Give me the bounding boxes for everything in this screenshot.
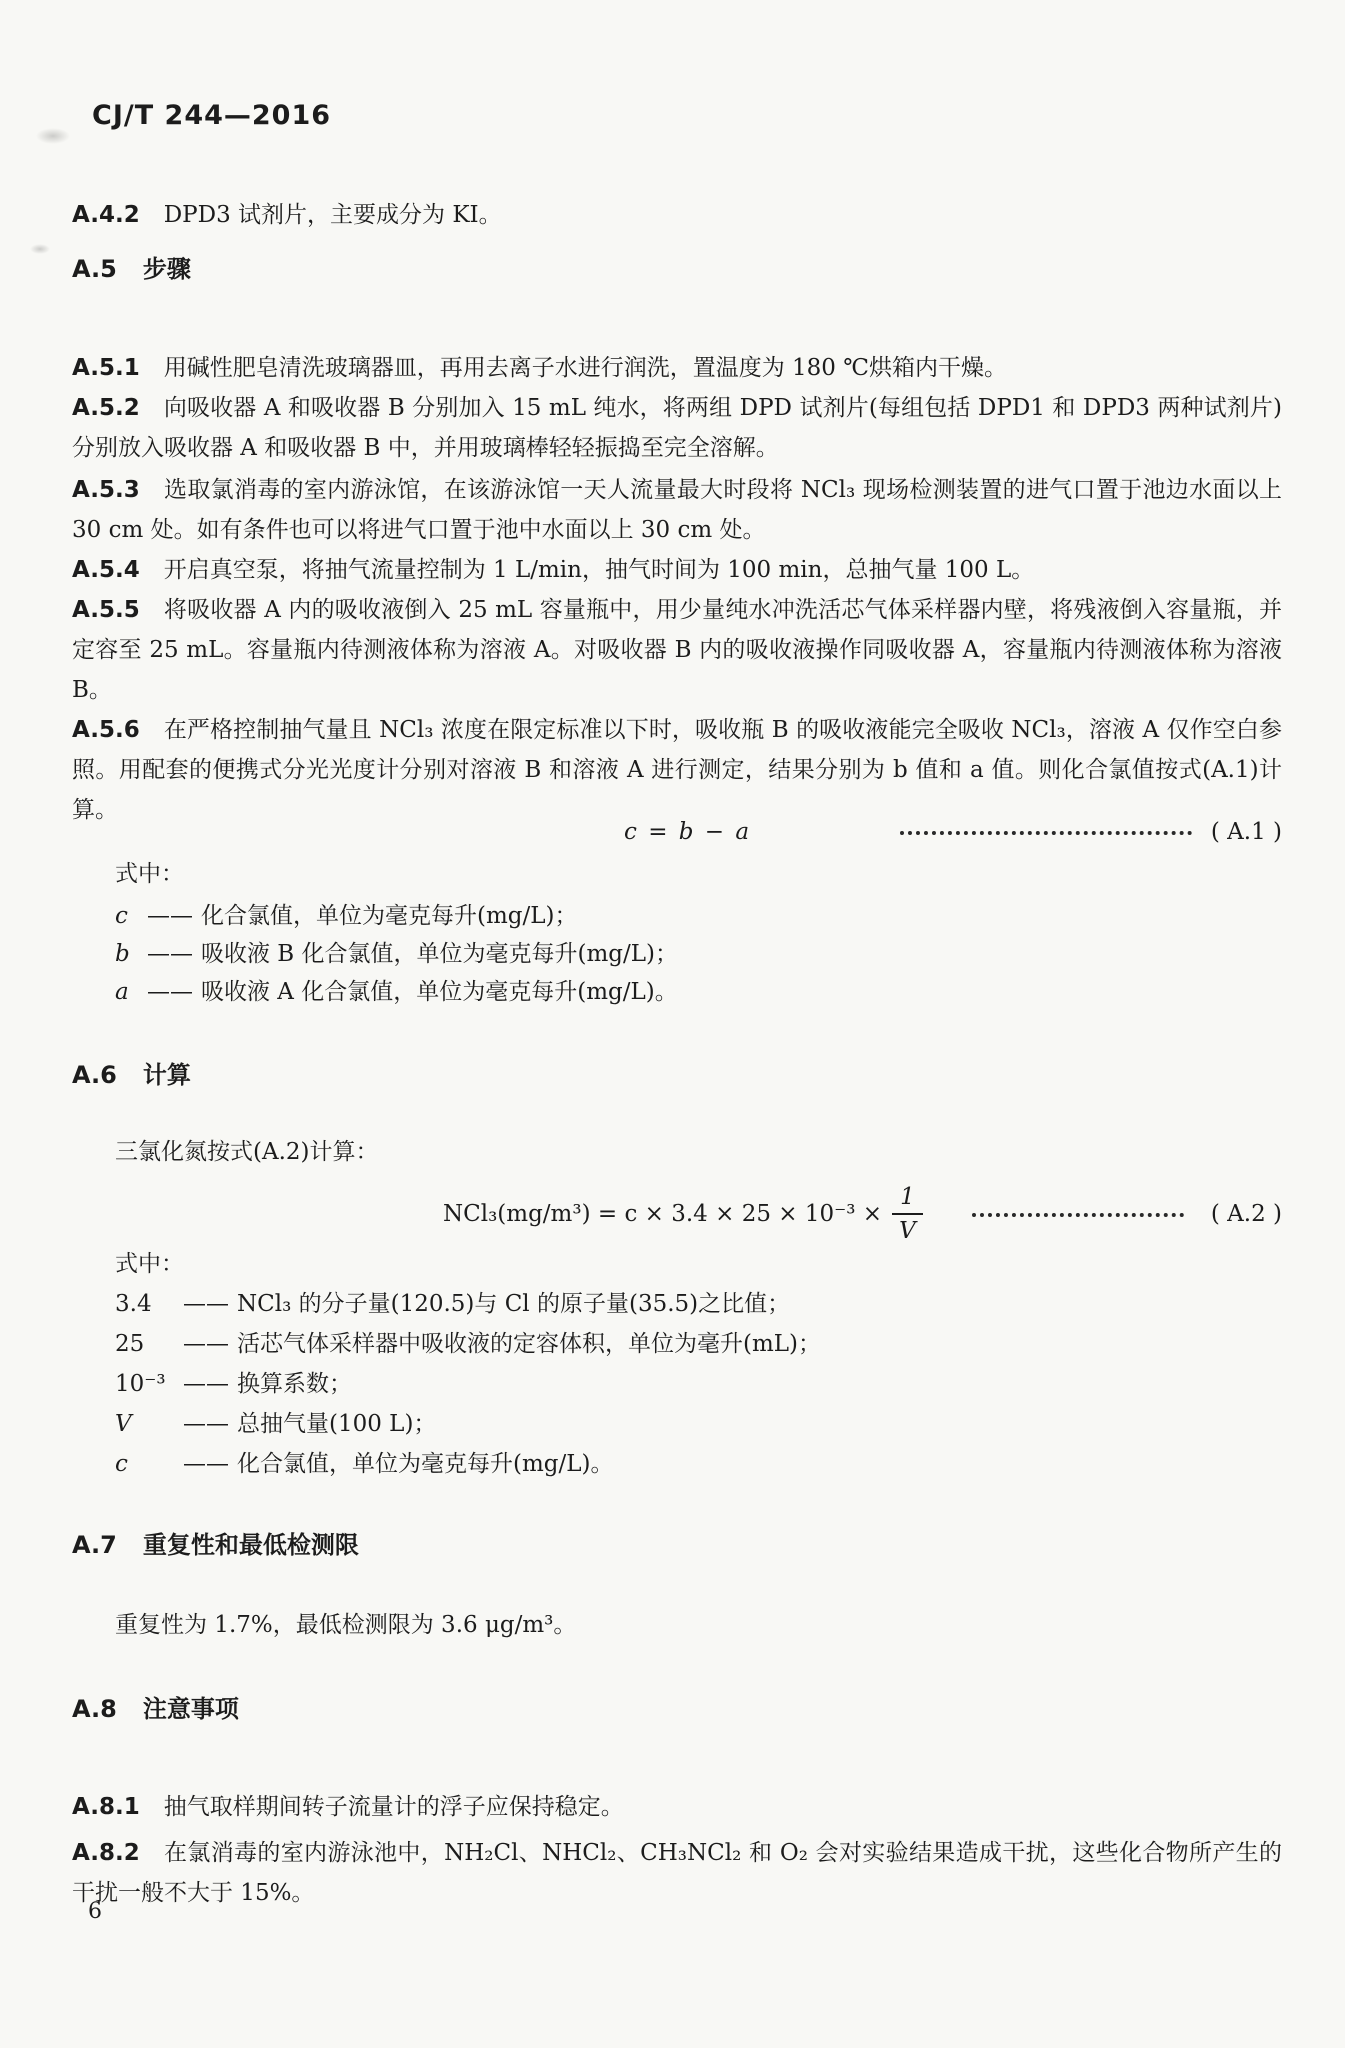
clause-text: 在氯消毒的室内游泳池中，NH₂Cl、NHCl₂、CH₃NCl₂ 和 O₂ 会对实… bbox=[72, 1840, 1282, 1906]
clause-text: 选取氯消毒的室内游泳馆，在该游泳馆一天人流量最大时段将 NCl₃ 现场检测装置的… bbox=[72, 477, 1282, 543]
term-symbol: c bbox=[115, 1444, 183, 1484]
where-list-2: 3.4——NCl₃ 的分子量(120.5)与 Cl 的原子量(35.5)之比值；… bbox=[115, 1284, 1282, 1484]
term-dash: —— bbox=[183, 1404, 229, 1444]
heading-title: 计算 bbox=[143, 1061, 191, 1089]
clause-text: 向吸收器 A 和吸收器 B 分别加入 15 mL 纯水，将两组 DPD 试剂片(… bbox=[72, 395, 1282, 461]
clause-a7-body: 重复性为 1.7%，最低检测限为 3.6 μg/m³。 bbox=[115, 1605, 1282, 1645]
clause-number: A.8.1 bbox=[72, 1794, 140, 1820]
term-symbol: b bbox=[115, 935, 147, 973]
heading-a5: A.5步骤 bbox=[72, 249, 1282, 289]
term-description: 吸收液 A 化合氯值，单位为毫克每升(mg/L)。 bbox=[201, 973, 678, 1011]
where-intro-text: 式中： bbox=[115, 1251, 184, 1277]
clause-text: 开启真空泵，将抽气流量控制为 1 L/min，抽气时间为 100 min，总抽气… bbox=[164, 557, 1035, 583]
clause-a6-lead: 三氯化氮按式(A.2)计算： bbox=[115, 1132, 1282, 1172]
lead-text: 三氯化氮按式(A.2)计算： bbox=[115, 1139, 379, 1165]
term-symbol: 3.4 bbox=[115, 1284, 183, 1324]
where-intro-text: 式中： bbox=[115, 861, 184, 887]
formula-dotted-leader bbox=[972, 1213, 1184, 1217]
clause-a53: A.5.3选取氯消毒的室内游泳馆，在该游泳馆一天人流量最大时段将 NCl₃ 现场… bbox=[72, 470, 1282, 550]
term-description: NCl₃ 的分子量(120.5)与 Cl 的原子量(35.5)之比值； bbox=[237, 1284, 790, 1324]
term-description: 吸收液 B 化合氯值，单位为毫克每升(mg/L)； bbox=[201, 935, 678, 973]
scanned-standard-page: CJ/T 244—2016 A.4.2DPD3 试剂片，主要成分为 KI。 A.… bbox=[0, 0, 1345, 2048]
term-dash: —— bbox=[147, 935, 193, 973]
heading-number: A.5 bbox=[72, 255, 117, 283]
heading-title: 重复性和最低检测限 bbox=[143, 1531, 359, 1559]
heading-number: A.7 bbox=[72, 1531, 117, 1559]
formula-a1-label: ( A.1 ) bbox=[1211, 810, 1282, 854]
clause-number: A.5.6 bbox=[72, 717, 140, 743]
heading-title: 注意事项 bbox=[143, 1695, 239, 1723]
heading-title: 步骤 bbox=[143, 255, 191, 283]
where-intro-1: 式中： bbox=[115, 854, 1282, 894]
term-description: 活芯气体采样器中吸收液的定容体积，单位为毫升(mL)； bbox=[237, 1324, 821, 1364]
clause-a55: A.5.5将吸收器 A 内的吸收液倒入 25 mL 容量瓶中，用少量纯水冲洗活芯… bbox=[72, 590, 1282, 710]
term-row: 25——活芯气体采样器中吸收液的定容体积，单位为毫升(mL)； bbox=[115, 1324, 1282, 1364]
page-number-text: 6 bbox=[88, 1899, 102, 1924]
formula-a1: c = b − a ( A.1 ) bbox=[72, 810, 1282, 854]
heading-number: A.6 bbox=[72, 1061, 117, 1089]
where-intro-2: 式中： bbox=[115, 1244, 1282, 1284]
term-row: c——化合氯值，单位为毫克每升(mg/L)； bbox=[115, 897, 1282, 935]
clause-text: DPD3 试剂片，主要成分为 KI。 bbox=[164, 202, 502, 228]
clause-number: A.8.2 bbox=[72, 1840, 140, 1866]
clause-a52: A.5.2向吸收器 A 和吸收器 B 分别加入 15 mL 纯水，将两组 DPD… bbox=[72, 388, 1282, 468]
term-row: 3.4——NCl₃ 的分子量(120.5)与 Cl 的原子量(35.5)之比值； bbox=[115, 1284, 1282, 1324]
formula-a2: NCl₃(mg/m³) = c × 3.4 × 25 × 10⁻³ × 1 V … bbox=[72, 1176, 1282, 1252]
formula-a2-lhs: NCl₃(mg/m³) = c × 3.4 × 25 × 10⁻³ × bbox=[443, 1201, 882, 1227]
clause-number: A.5.3 bbox=[72, 477, 140, 503]
heading-a7: A.7重复性和最低检测限 bbox=[72, 1525, 1282, 1565]
term-description: 总抽气量(100 L)； bbox=[237, 1404, 436, 1444]
clause-number: A.5.1 bbox=[72, 355, 140, 381]
clause-a81: A.8.1抽气取样期间转子流量计的浮子应保持稳定。 bbox=[72, 1787, 1282, 1827]
clause-text: 抽气取样期间转子流量计的浮子应保持稳定。 bbox=[164, 1794, 624, 1820]
clause-a82: A.8.2在氯消毒的室内游泳池中，NH₂Cl、NHCl₂、CH₃NCl₂ 和 O… bbox=[72, 1833, 1282, 1913]
clause-text: 将吸收器 A 内的吸收液倒入 25 mL 容量瓶中，用少量纯水冲洗活芯气体采样器… bbox=[72, 597, 1282, 703]
clause-number: A.5.4 bbox=[72, 557, 140, 583]
term-description: 化合氯值，单位为毫克每升(mg/L)。 bbox=[237, 1444, 614, 1484]
clause-number: A.5.5 bbox=[72, 597, 140, 623]
page-number: 6 bbox=[88, 1895, 102, 1929]
clause-number: A.5.2 bbox=[72, 395, 140, 421]
term-row: V——总抽气量(100 L)； bbox=[115, 1404, 1282, 1444]
standard-code-header: CJ/T 244—2016 bbox=[92, 96, 692, 136]
term-dash: —— bbox=[183, 1324, 229, 1364]
term-symbol: c bbox=[115, 897, 147, 935]
clause-a54: A.5.4开启真空泵，将抽气流量控制为 1 L/min，抽气时间为 100 mi… bbox=[72, 550, 1282, 590]
term-row: c——化合氯值，单位为毫克每升(mg/L)。 bbox=[115, 1444, 1282, 1484]
scan-artifact bbox=[30, 244, 50, 254]
heading-a8: A.8注意事项 bbox=[72, 1689, 1282, 1729]
clause-text: 用碱性肥皂清洗玻璃器皿，再用去离子水进行润洗，置温度为 180 ℃烘箱内干燥。 bbox=[164, 355, 1007, 381]
formula-a2-expression: NCl₃(mg/m³) = c × 3.4 × 25 × 10⁻³ × 1 V bbox=[443, 1176, 923, 1252]
term-description: 化合氯值，单位为毫克每升(mg/L)； bbox=[201, 897, 578, 935]
term-description: 换算系数； bbox=[237, 1364, 352, 1404]
where-list-1: c——化合氯值，单位为毫克每升(mg/L)； b——吸收液 B 化合氯值，单位为… bbox=[115, 897, 1282, 1011]
term-row: b——吸收液 B 化合氯值，单位为毫克每升(mg/L)； bbox=[115, 935, 1282, 973]
term-dash: —— bbox=[147, 973, 193, 1011]
scan-artifact bbox=[36, 128, 70, 144]
term-row: 10⁻³——换算系数； bbox=[115, 1364, 1282, 1404]
term-dash: —— bbox=[147, 897, 193, 935]
formula-a1-expression: c = b − a bbox=[624, 810, 751, 854]
heading-number: A.8 bbox=[72, 1695, 117, 1723]
term-symbol: 10⁻³ bbox=[115, 1364, 183, 1404]
clause-text: 重复性为 1.7%，最低检测限为 3.6 μg/m³。 bbox=[115, 1612, 576, 1638]
clause-a51: A.5.1用碱性肥皂清洗玻璃器皿，再用去离子水进行润洗，置温度为 180 ℃烘箱… bbox=[72, 348, 1282, 388]
fraction-numerator: 1 bbox=[892, 1184, 923, 1215]
term-dash: —— bbox=[183, 1284, 229, 1324]
heading-a6: A.6计算 bbox=[72, 1055, 1282, 1095]
clause-number: A.4.2 bbox=[72, 202, 140, 228]
formula-dotted-leader bbox=[900, 831, 1192, 835]
standard-code-text: CJ/T 244—2016 bbox=[92, 100, 331, 131]
fraction-denominator: V bbox=[892, 1215, 923, 1244]
term-symbol: 25 bbox=[115, 1324, 183, 1364]
term-dash: —— bbox=[183, 1364, 229, 1404]
term-row: a——吸收液 A 化合氯值，单位为毫克每升(mg/L)。 bbox=[115, 973, 1282, 1011]
fraction: 1 V bbox=[892, 1184, 923, 1244]
term-symbol: a bbox=[115, 973, 147, 1011]
term-symbol: V bbox=[115, 1404, 183, 1444]
clause-a42: A.4.2DPD3 试剂片，主要成分为 KI。 bbox=[72, 195, 1282, 235]
clause-text: 在严格控制抽气量且 NCl₃ 浓度在限定标准以下时，吸收瓶 B 的吸收液能完全吸… bbox=[72, 717, 1282, 823]
formula-a2-label: ( A.2 ) bbox=[1211, 1192, 1282, 1236]
term-dash: —— bbox=[183, 1444, 229, 1484]
